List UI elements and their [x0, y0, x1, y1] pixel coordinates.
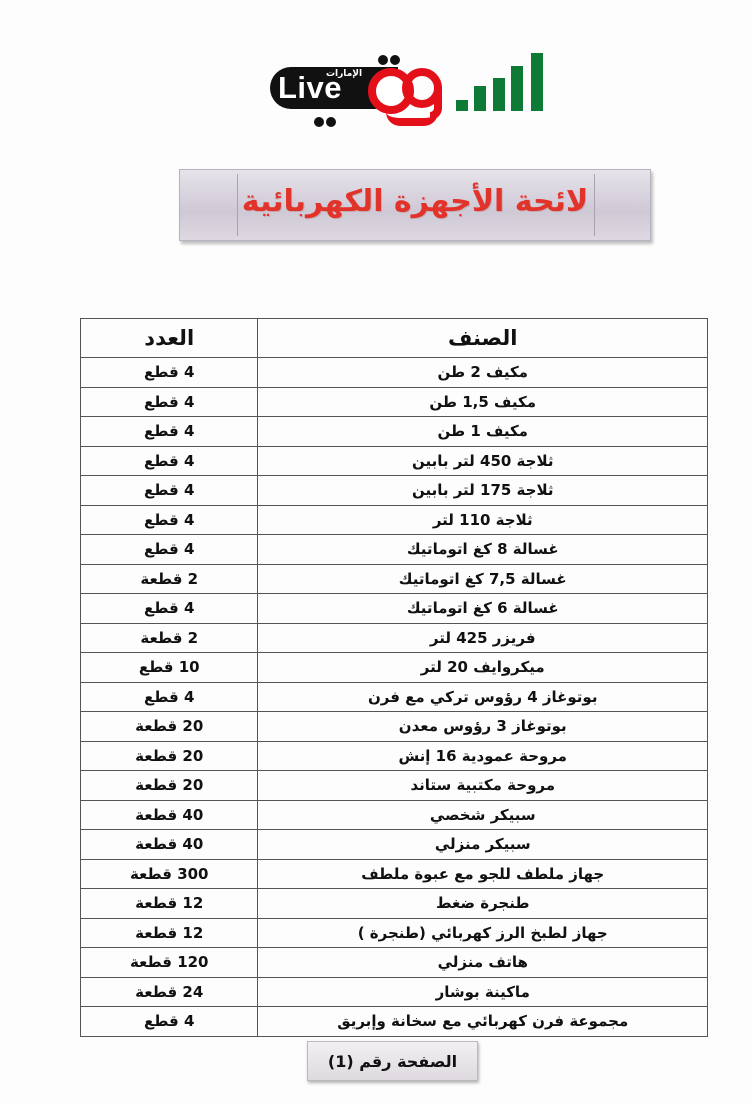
page-number-label: الصفحة رقم (1) [307, 1041, 478, 1081]
table-row: غسالة 8 كغ اتوماتيك4 قطع [81, 534, 707, 564]
site-logo: الإمارات Live [268, 48, 548, 128]
table-row: جهاز لطبخ الرز كهربائي (طنجرة )12 قطعة [81, 918, 707, 948]
table-row: مكيف 1,5 طن4 قطع [81, 387, 707, 417]
item-cell: ثلاجة 175 لتر بابين [257, 476, 707, 505]
logo-live-text: Live [278, 71, 342, 105]
header-item: الصنف [257, 319, 707, 357]
document-title-banner: لائحة الأجهزة الكهربائية [179, 169, 651, 241]
logo-dots-icon [314, 112, 338, 131]
item-cell: غسالة 7,5 كغ اتوماتيك [257, 565, 707, 594]
quantity-cell: 4 قطع [81, 506, 257, 535]
table-row: غسالة 6 كغ اتوماتيك4 قطع [81, 593, 707, 623]
quantity-cell: 4 قطع [81, 476, 257, 505]
table-row: سبيكر منزلي40 قطعة [81, 829, 707, 859]
table-row: غسالة 7,5 كغ اتوماتيك2 قطعة [81, 564, 707, 594]
quantity-cell: 4 قطع [81, 1007, 257, 1036]
quantity-cell: 20 قطعة [81, 742, 257, 771]
item-cell: ماكينة بوشار [257, 978, 707, 1007]
table-header-row: الصنف العدد [81, 319, 707, 357]
table-row: مكيف 2 طن4 قطع [81, 357, 707, 387]
item-cell: سبيكر شخصي [257, 801, 707, 830]
item-cell: هاتف منزلي [257, 948, 707, 977]
table-row: بوتوغاز 4 رؤوس تركي مع فرن4 قطع [81, 682, 707, 712]
quantity-cell: 4 قطع [81, 535, 257, 564]
item-cell: جهاز ملطف للجو مع عبوة ملطف [257, 860, 707, 889]
table-row: ثلاجة 175 لتر بابين4 قطع [81, 475, 707, 505]
quantity-cell: 40 قطعة [81, 801, 257, 830]
table-row: مروحة عمودية 16 إنش20 قطعة [81, 741, 707, 771]
header-quantity: العدد [81, 319, 257, 357]
item-cell: مروحة مكتبية ستاند [257, 771, 707, 800]
table-row: مجموعة فرن كهربائي مع سخانة وإبريق4 قطع [81, 1006, 707, 1036]
quantity-cell: 4 قطع [81, 417, 257, 446]
table-row: بوتوغاز 3 رؤوس معدن20 قطعة [81, 711, 707, 741]
quantity-cell: 4 قطع [81, 594, 257, 623]
quantity-cell: 10 قطع [81, 653, 257, 682]
quantity-cell: 20 قطعة [81, 771, 257, 800]
logo-dots-icon [378, 50, 402, 69]
quantity-cell: 300 قطعة [81, 860, 257, 889]
item-cell: طنجرة ضغط [257, 889, 707, 918]
item-cell: ثلاجة 450 لتر بابين [257, 447, 707, 476]
table-row: ثلاجة 110 لتر4 قطع [81, 505, 707, 535]
quantity-cell: 12 قطعة [81, 919, 257, 948]
quantity-cell: 4 قطع [81, 358, 257, 387]
logo-ring-tail-icon [386, 112, 438, 126]
table-row: طنجرة ضغط12 قطعة [81, 888, 707, 918]
item-cell: ثلاجة 110 لتر [257, 506, 707, 535]
quantity-cell: 120 قطعة [81, 948, 257, 977]
quantity-cell: 24 قطعة [81, 978, 257, 1007]
table-row: هاتف منزلي120 قطعة [81, 947, 707, 977]
item-cell: مكيف 1,5 طن [257, 388, 707, 417]
appliances-table: الصنف العدد مكيف 2 طن4 قطعمكيف 1,5 طن4 ق… [80, 318, 708, 1037]
quantity-cell: 4 قطع [81, 388, 257, 417]
quantity-cell: 40 قطعة [81, 830, 257, 859]
table-row: ثلاجة 450 لتر بابين4 قطع [81, 446, 707, 476]
item-cell: بوتوغاز 4 رؤوس تركي مع فرن [257, 683, 707, 712]
quantity-cell: 12 قطعة [81, 889, 257, 918]
item-cell: ميكروايف 20 لتر [257, 653, 707, 682]
item-cell: مكيف 1 طن [257, 417, 707, 446]
item-cell: مكيف 2 طن [257, 358, 707, 387]
item-cell: بوتوغاز 3 رؤوس معدن [257, 712, 707, 741]
quantity-cell: 4 قطع [81, 447, 257, 476]
table-row: فريزر 425 لتر2 قطعة [81, 623, 707, 653]
quantity-cell: 2 قطعة [81, 624, 257, 653]
table-row: جهاز ملطف للجو مع عبوة ملطف300 قطعة [81, 859, 707, 889]
document-title: لائحة الأجهزة الكهربائية [180, 184, 650, 219]
quantity-cell: 2 قطعة [81, 565, 257, 594]
item-cell: مجموعة فرن كهربائي مع سخانة وإبريق [257, 1007, 707, 1036]
quantity-cell: 20 قطعة [81, 712, 257, 741]
item-cell: سبيكر منزلي [257, 830, 707, 859]
table-row: ماكينة بوشار24 قطعة [81, 977, 707, 1007]
item-cell: فريزر 425 لتر [257, 624, 707, 653]
item-cell: جهاز لطبخ الرز كهربائي (طنجرة ) [257, 919, 707, 948]
table-row: سبيكر شخصي40 قطعة [81, 800, 707, 830]
quantity-cell: 4 قطع [81, 683, 257, 712]
table-row: ميكروايف 20 لتر10 قطع [81, 652, 707, 682]
item-cell: غسالة 6 كغ اتوماتيك [257, 594, 707, 623]
item-cell: غسالة 8 كغ اتوماتيك [257, 535, 707, 564]
signal-bars-icon [456, 53, 546, 111]
table-row: مروحة مكتبية ستاند20 قطعة [81, 770, 707, 800]
table-row: مكيف 1 طن4 قطع [81, 416, 707, 446]
item-cell: مروحة عمودية 16 إنش [257, 742, 707, 771]
